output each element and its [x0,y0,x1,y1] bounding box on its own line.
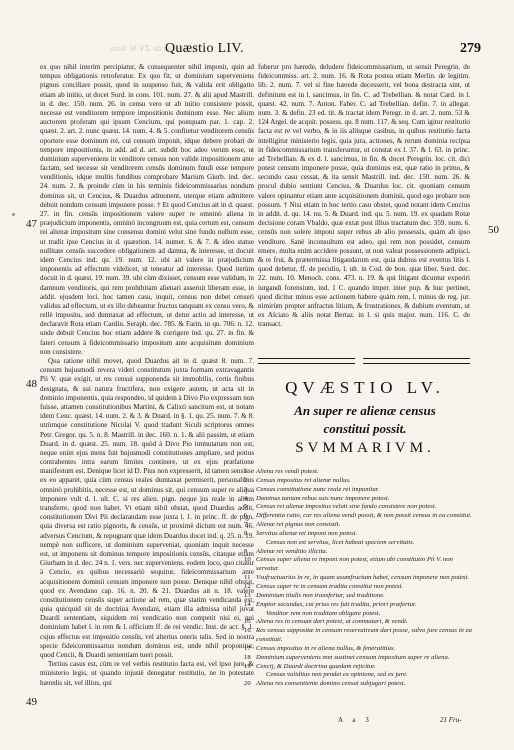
item-text: Venditor rem non traditam obligare potes… [266,610,474,619]
item-number: 11 [244,574,256,583]
left-column: ex quo nihil interim percipiatur, & cons… [40,63,254,688]
item-number: 19 [244,663,256,672]
item-number: 20 [244,680,256,689]
margin-number: 49 [26,696,37,708]
item-text: Aliena res consentiente domino censui su… [256,680,474,689]
section-divider [258,358,470,364]
item-text: Alienæ rei venditio illicita. [256,548,474,557]
catchword: 21 Fru- [440,716,462,724]
divider-gap [355,357,363,365]
item-text: Emptor secundus, cui prius res fuit trad… [256,601,474,610]
summary-subitem: Venditor rem non traditam obligare potes… [244,610,474,619]
item-number: 2 [244,477,256,486]
item-text: Census super re in censum tradita consti… [256,583,474,592]
summary-subitem: Census validitas non pendet ex opinione,… [244,671,474,680]
paragraph: fuberur pro hærede, deludere fideicommis… [258,63,470,329]
summary-list: 1Aliena res vendi potest. 2Census imposi… [244,468,474,689]
item-number: 4 [244,495,256,504]
item-number: 14 [244,601,256,610]
summary-item: 3Census constitutione nunc reale rei imp… [244,486,474,495]
book-page: Kaoncrus de ZV.W lluis Quæstio LIV. 279 … [0,0,514,750]
summary-item: 7Alienæ rei pignus non consistit. [244,521,474,530]
subtitle-line: An super re alienæ census [262,402,468,420]
summary-item: 9Alienæ rei venditio illicita. [244,548,474,557]
item-text: Dominium superveniens non sustinet censu… [256,654,474,663]
summary-item: 8Servitus alienæ rei imponi non potest. [244,530,474,539]
summary-item: 10Census super aliena re imponi non pote… [244,556,474,574]
summary-item: 18Dominium superveniens non sustinet cen… [244,654,474,663]
item-number: 9 [244,548,256,557]
summary-title: SVMMARIVM. [262,440,468,457]
summary-item: 2Census impositus rei alienæ nullus. [244,477,474,486]
paragraph: Tertius casus est, cùm re vel verbis res… [40,660,254,688]
item-number: 10 [244,556,256,574]
item-text: Dominus tantum rebus suis nunc imponere … [256,495,474,504]
item-number: 13 [244,592,256,601]
summary-item: 6Differentia ratio, cur res aliena vendi… [244,512,474,521]
printer-signature: A a 3 [338,716,373,724]
margin-number: 47 [26,218,37,230]
question-subtitle: An super re alienæ census constitui poss… [262,402,468,438]
item-text: Census impositus rei alienæ nullus. [256,477,474,486]
summary-subitem: Census non est servitus, licet habeat sp… [244,539,474,548]
item-text: Servitus alienæ rei imponi non potest. [256,530,474,539]
summary-item: 1Aliena res vendi potest. [244,468,474,477]
item-number: 1 [244,468,256,477]
running-head: Quæstio LIV. [165,41,244,57]
item-number: 18 [244,654,256,663]
item-text: Aliena res vendi potest. [256,468,474,477]
item-number: 15 [244,618,256,627]
item-number: 8 [244,530,256,539]
item-text: Census rei alienæ impositus veluti sine … [256,503,474,512]
item-text: Census validitas non pendet ex opinione,… [266,671,474,680]
item-text: Census impositus in re aliena nullus, & … [256,645,474,654]
paragraph: ex quo nihil interim percipiatur, & cons… [40,63,254,357]
item-text: Aliena res in censum dari potest, ut com… [256,618,474,627]
item-number: 6 [244,512,256,521]
item-number: 5 [244,503,256,512]
margin-number: 48 [26,378,37,390]
summary-item: 20Aliena res consentiente domino censui … [244,680,474,689]
item-text: Census constitutione nunc reale rei impo… [256,486,474,495]
item-text: Census super aliena re imponi non potest… [256,556,474,574]
paper-speck [12,213,15,216]
paragraph: Qua ratione nihil movet, quod Duardus ai… [40,357,254,660]
summary-item: 16Res census suppositæ in censum reserva… [244,627,474,645]
item-number: 3 [244,486,256,495]
item-text: Vsufructuarius in re, in quam usumfructu… [256,574,474,583]
subtitle-line: constitui possit. [262,420,468,438]
item-number: 16 [244,627,256,645]
summary-item: 12Census super re in censum tradita cons… [244,583,474,592]
summary-item: 5Census rei alienæ impositus veluti sine… [244,503,474,512]
item-number: 7 [244,521,256,530]
item-text: Cencij, & Duardi doctrina quædam rejicit… [256,663,474,672]
summary-item: 13Dominium titulis non transfertur, sed … [244,592,474,601]
margin-number: 50 [488,224,499,236]
item-text: Differentia ratio, cur res aliena vendi … [256,512,474,521]
summary-item: 4Dominus tantum rebus suis nunc imponere… [244,495,474,504]
item-number: 12 [244,583,256,592]
summary-item: 15Aliena res in censum dari potest, ut c… [244,618,474,627]
item-number: 17 [244,645,256,654]
summary-item: 14Emptor secundus, cui prius res fuit tr… [244,601,474,610]
item-text: Dominium titulis non transfertur, sed tr… [256,592,474,601]
summary-item: 19Cencij, & Duardi doctrina quædam rejic… [244,663,474,672]
item-text: Census non est servitus, licet habeat sp… [266,539,474,548]
page-number: 279 [460,41,481,57]
item-text: Res census suppositæ in censum reservati… [256,627,474,645]
summary-item: 11Vsufructuarius in re, in quam usumfruc… [244,574,474,583]
item-text: Alienæ rei pignus non consistit. [256,521,474,530]
summary-item: 17Census impositus in re aliena nullus, … [244,645,474,654]
right-column: fuberur pro hærede, deludere fideicommis… [258,63,470,353]
question-title: QVÆSTIO LV. [262,378,468,398]
